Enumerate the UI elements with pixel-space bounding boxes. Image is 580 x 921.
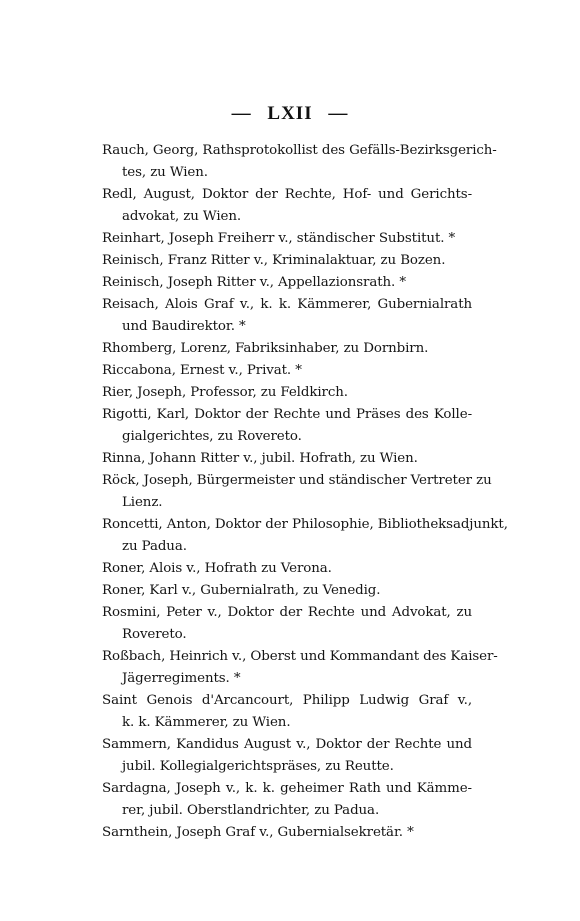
entry-line: Roßbach, Heinrich v., Oberst und Kommand… (102, 646, 472, 668)
entry-line: Rier, Joseph, Professor, zu Feldkirch. (102, 382, 472, 404)
entry-continuation-line: und Baudirektor. * (102, 316, 472, 338)
entry-line: Rhomberg, Lorenz, Fabriksinhaber, zu Dor… (102, 338, 472, 360)
register-entry: Roner, Karl v., Gubernialrath, zu Venedi… (102, 580, 472, 602)
register-entry: Rinna, Johann Ritter v., jubil. Hofrath,… (102, 448, 472, 470)
register-entry: Rauch, Georg, Rathsprotokollist des Gefä… (102, 140, 472, 184)
page-number-header: — LXII — (0, 103, 580, 125)
entry-line: Rinna, Johann Ritter v., jubil. Hofrath,… (102, 448, 472, 470)
entry-line: Röck, Joseph, Bürgermeister und ständisc… (102, 470, 472, 492)
register-entry: Rigotti, Karl, Doktor der Rechte und Prä… (102, 404, 472, 448)
entry-line: Rauch, Georg, Rathsprotokollist des Gefä… (102, 140, 472, 162)
register-entry: Reinhart, Joseph Freiherr v., ständische… (102, 228, 472, 250)
entry-line: Roner, Alois v., Hofrath zu Verona. (102, 558, 472, 580)
register-entry: Sarnthein, Joseph Graf v., Gubernialsekr… (102, 822, 472, 844)
entry-line: Sarnthein, Joseph Graf v., Gubernialsekr… (102, 822, 472, 844)
entry-continuation-line: advokat, zu Wien. (102, 206, 472, 228)
register-entry: Reinisch, Franz Ritter v., Kriminalaktua… (102, 250, 472, 272)
entry-line: Redl, August, Doktor der Rechte, Hof- un… (102, 184, 472, 206)
register-entry: Röck, Joseph, Bürgermeister und ständisc… (102, 470, 472, 514)
entry-line: Reinisch, Joseph Ritter v., Appellazions… (102, 272, 472, 294)
entry-continuation-line: tes, zu Wien. (102, 162, 472, 184)
register-entry: Rier, Joseph, Professor, zu Feldkirch. (102, 382, 472, 404)
entry-continuation-line: jubil. Kollegialgerichtspräses, zu Reutt… (102, 756, 472, 778)
register-entry: Redl, August, Doktor der Rechte, Hof- un… (102, 184, 472, 228)
register-entry: Saint Genois d'Arcancourt, Philipp Ludwi… (102, 690, 472, 734)
entry-line: Riccabona, Ernest v., Privat. * (102, 360, 472, 382)
entry-line: Reinhart, Joseph Freiherr v., ständische… (102, 228, 472, 250)
entry-continuation-line: gialgerichtes, zu Rovereto. (102, 426, 472, 448)
register-entry: Roner, Alois v., Hofrath zu Verona. (102, 558, 472, 580)
entry-continuation-line: k. k. Kämmerer, zu Wien. (102, 712, 472, 734)
name-register-list: Rauch, Georg, Rathsprotokollist des Gefä… (102, 140, 472, 844)
entry-line: Sammern, Kandidus August v., Doktor der … (102, 734, 472, 756)
header-dash-left: — (232, 103, 252, 125)
entry-continuation-line: Rovereto. (102, 624, 472, 646)
page-number: LXII (267, 103, 312, 124)
entry-line: Roner, Karl v., Gubernialrath, zu Venedi… (102, 580, 472, 602)
entry-line: Rosmini, Peter v., Doktor der Rechte und… (102, 602, 472, 624)
register-entry: Riccabona, Ernest v., Privat. * (102, 360, 472, 382)
entry-continuation-line: Lienz. (102, 492, 472, 514)
register-entry: Reisach, Alois Graf v., k. k. Kämmerer, … (102, 294, 472, 338)
entry-line: Rigotti, Karl, Doktor der Rechte und Prä… (102, 404, 472, 426)
entry-line: Sardagna, Joseph v., k. k. geheimer Rath… (102, 778, 472, 800)
register-entry: Reinisch, Joseph Ritter v., Appellazions… (102, 272, 472, 294)
register-entry: Rosmini, Peter v., Doktor der Rechte und… (102, 602, 472, 646)
entry-continuation-line: rer, jubil. Oberstlandrichter, zu Padua. (102, 800, 472, 822)
header-dash-right: — (328, 103, 348, 125)
register-entry: Sardagna, Joseph v., k. k. geheimer Rath… (102, 778, 472, 822)
register-entry: Sammern, Kandidus August v., Doktor der … (102, 734, 472, 778)
entry-line: Saint Genois d'Arcancourt, Philipp Ludwi… (102, 690, 472, 712)
register-entry: Roncetti, Anton, Doktor der Philosophie,… (102, 514, 472, 558)
entry-line: Reinisch, Franz Ritter v., Kriminalaktua… (102, 250, 472, 272)
entry-line: Roncetti, Anton, Doktor der Philosophie,… (102, 514, 472, 536)
register-entry: Rhomberg, Lorenz, Fabriksinhaber, zu Dor… (102, 338, 472, 360)
entry-continuation-line: Jägerregiments. * (102, 668, 472, 690)
entry-continuation-line: zu Padua. (102, 536, 472, 558)
register-entry: Roßbach, Heinrich v., Oberst und Kommand… (102, 646, 472, 690)
document-page: — LXII — Rauch, Georg, Rathsprotokollist… (0, 0, 580, 921)
entry-line: Reisach, Alois Graf v., k. k. Kämmerer, … (102, 294, 472, 316)
